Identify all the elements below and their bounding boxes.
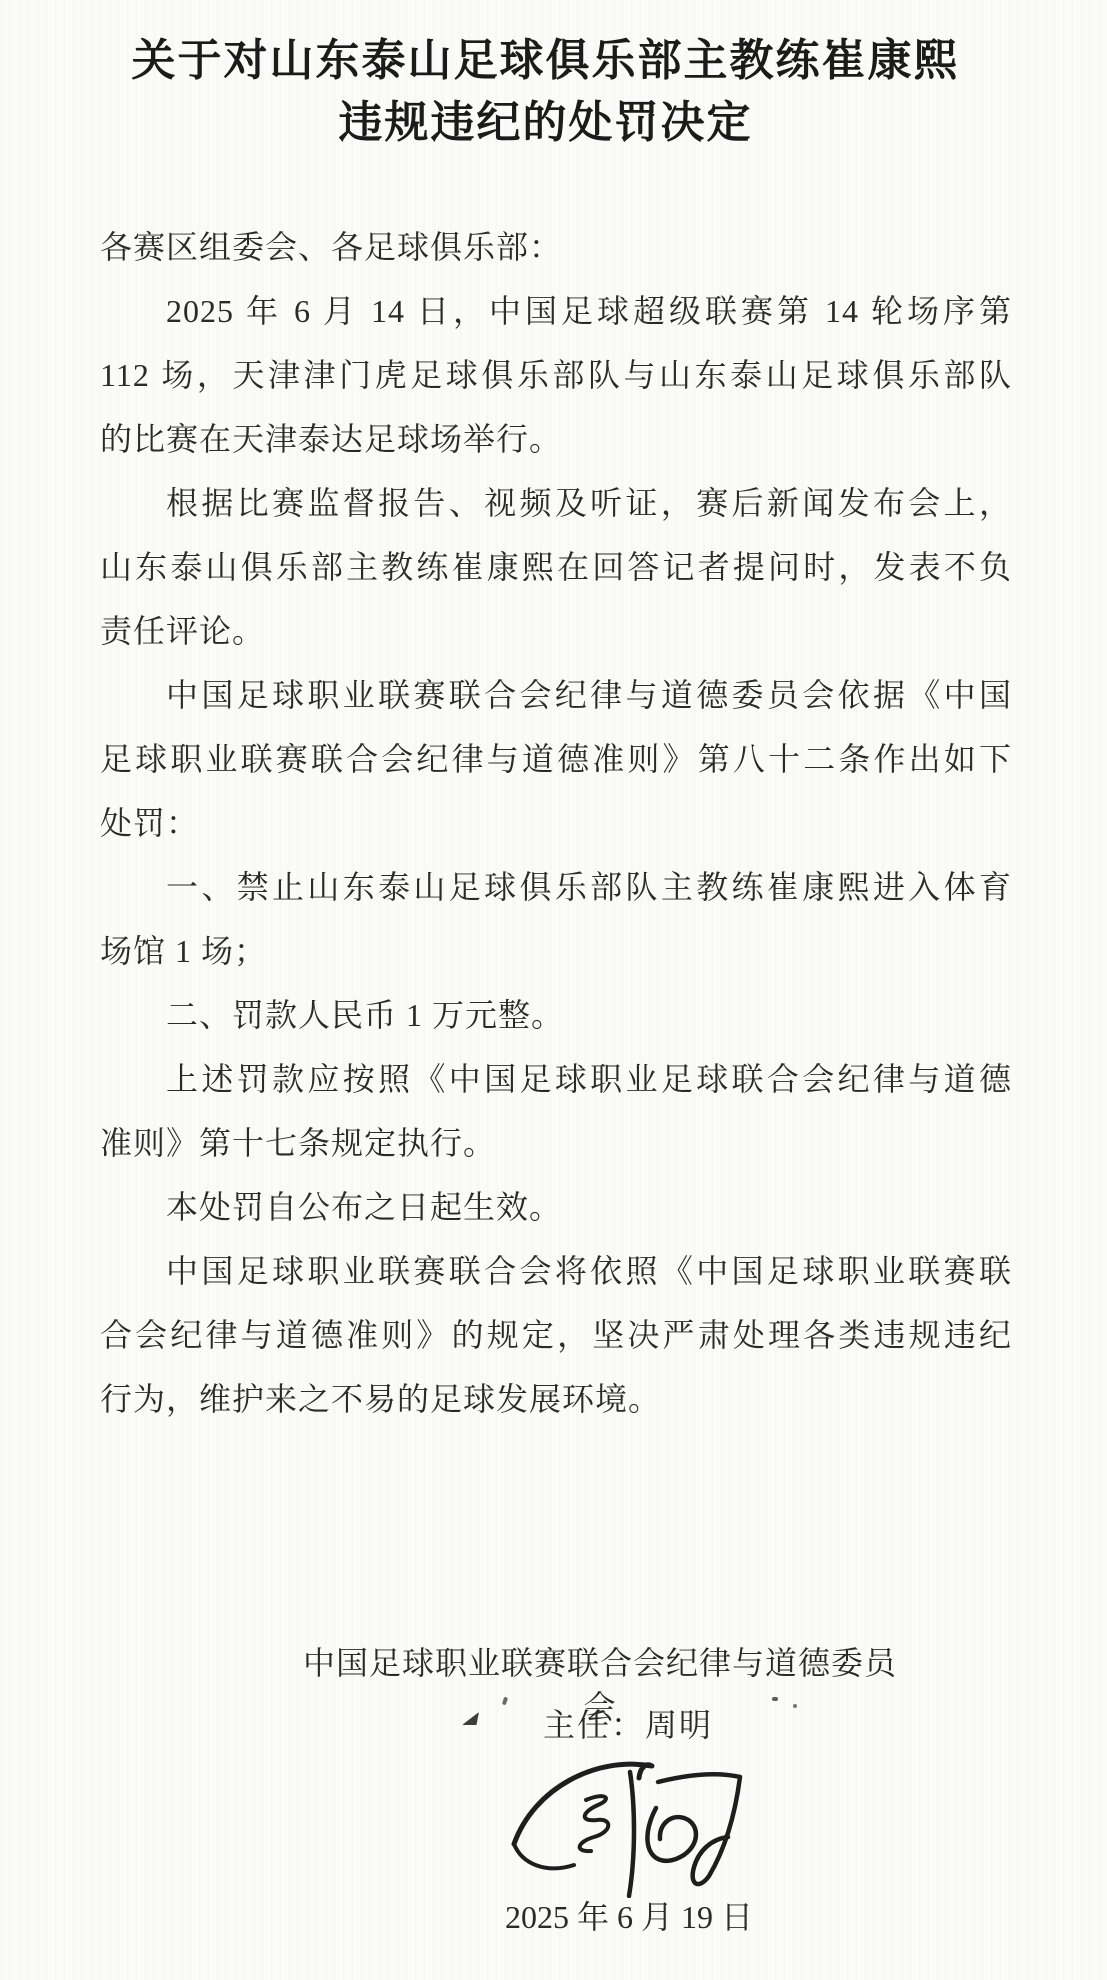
body-line: 场馆 1 场； [100,919,1012,983]
document-title-line-2: 违规违纪的处罚决定 [0,92,1099,154]
paragraph: 中国足球职业联赛联合会将依照《中国足球职业联赛联合会纪律与道德准则》的规定，坚决… [100,1239,1012,1431]
body-line: 112 场，天津津门虎足球俱乐部队与山东泰山足球俱乐部队 [100,343,1012,407]
paragraph: 本处罚自公布之日起生效。 [100,1175,1012,1239]
body-line: 足球职业联赛联合会纪律与道德准则》第八十二条作出如下 [100,727,1012,791]
paragraph: 2025 年 6 月 14 日，中国足球超级联赛第 14 轮场序第112 场，天… [100,279,1012,471]
body-line: 各赛区组委会、各足球俱乐部： [100,215,1012,279]
paragraph: 中国足球职业联赛联合会纪律与道德委员会依据《中国足球职业联赛联合会纪律与道德准则… [100,663,1012,855]
scan-artifact [793,1704,797,1708]
body-line: 上述罚款应按照《中国足球职业足球联合会纪律与道德 [100,1047,1012,1111]
body-line: 责任评论。 [100,599,1012,663]
paragraph: 二、罚款人民币 1 万元整。 [100,983,1012,1047]
body-line: 合会纪律与道德准则》的规定，坚决严肃处理各类违规违纪 [100,1303,1012,1367]
handwritten-signature [500,1746,762,1898]
body-line: 2025 年 6 月 14 日，中国足球超级联赛第 14 轮场序第 [100,279,1012,343]
body-line: 一、禁止山东泰山足球俱乐部队主教练崔康熙进入体育 [100,855,1012,919]
scan-artifact [772,1697,778,1701]
body-line: 本处罚自公布之日起生效。 [100,1175,1012,1239]
paragraph: 一、禁止山东泰山足球俱乐部队主教练崔康熙进入体育场馆 1 场； [100,855,1012,983]
document-title: 关于对山东泰山足球俱乐部主教练崔康熙 违规违纪的处罚决定 [0,30,1099,154]
body-line: 根据比赛监督报告、视频及听证，赛后新闻发布会上， [100,471,1012,535]
paragraph: 各赛区组委会、各足球俱乐部： [100,215,1012,279]
body-line: 的比赛在天津泰达足球场举行。 [100,407,1012,471]
paragraph: 根据比赛监督报告、视频及听证，赛后新闻发布会上，山东泰山俱乐部主教练崔康熙在回答… [100,471,1012,663]
body-line: 中国足球职业联赛联合会将依照《中国足球职业联赛联 [100,1239,1012,1303]
paragraph: 上述罚款应按照《中国足球职业足球联合会纪律与道德准则》第十七条规定执行。 [100,1047,1012,1175]
body-line: 准则》第十七条规定执行。 [100,1111,1012,1175]
body-line: 二、罚款人民币 1 万元整。 [100,983,1012,1047]
document-title-line-1: 关于对山东泰山足球俱乐部主教练崔康熙 [0,30,1099,92]
body-line: 处罚： [100,791,1012,855]
scanned-document-page: 关于对山东泰山足球俱乐部主教练崔康熙 违规违纪的处罚决定 各赛区组委会、各足球俱… [0,0,1107,1980]
body-line: 中国足球职业联赛联合会纪律与道德委员会依据《中国 [100,663,1012,727]
body-line: 行为，维护来之不易的足球发展环境。 [100,1367,1012,1431]
document-body: 各赛区组委会、各足球俱乐部：2025 年 6 月 14 日，中国足球超级联赛第 … [100,215,1012,1431]
signer-title: 主任：周明 [543,1703,713,1747]
document-date: 2025 年 6 月 19 日 [505,1895,753,1939]
body-line: 山东泰山俱乐部主教练崔康熙在回答记者提问时，发表不负 [100,535,1012,599]
